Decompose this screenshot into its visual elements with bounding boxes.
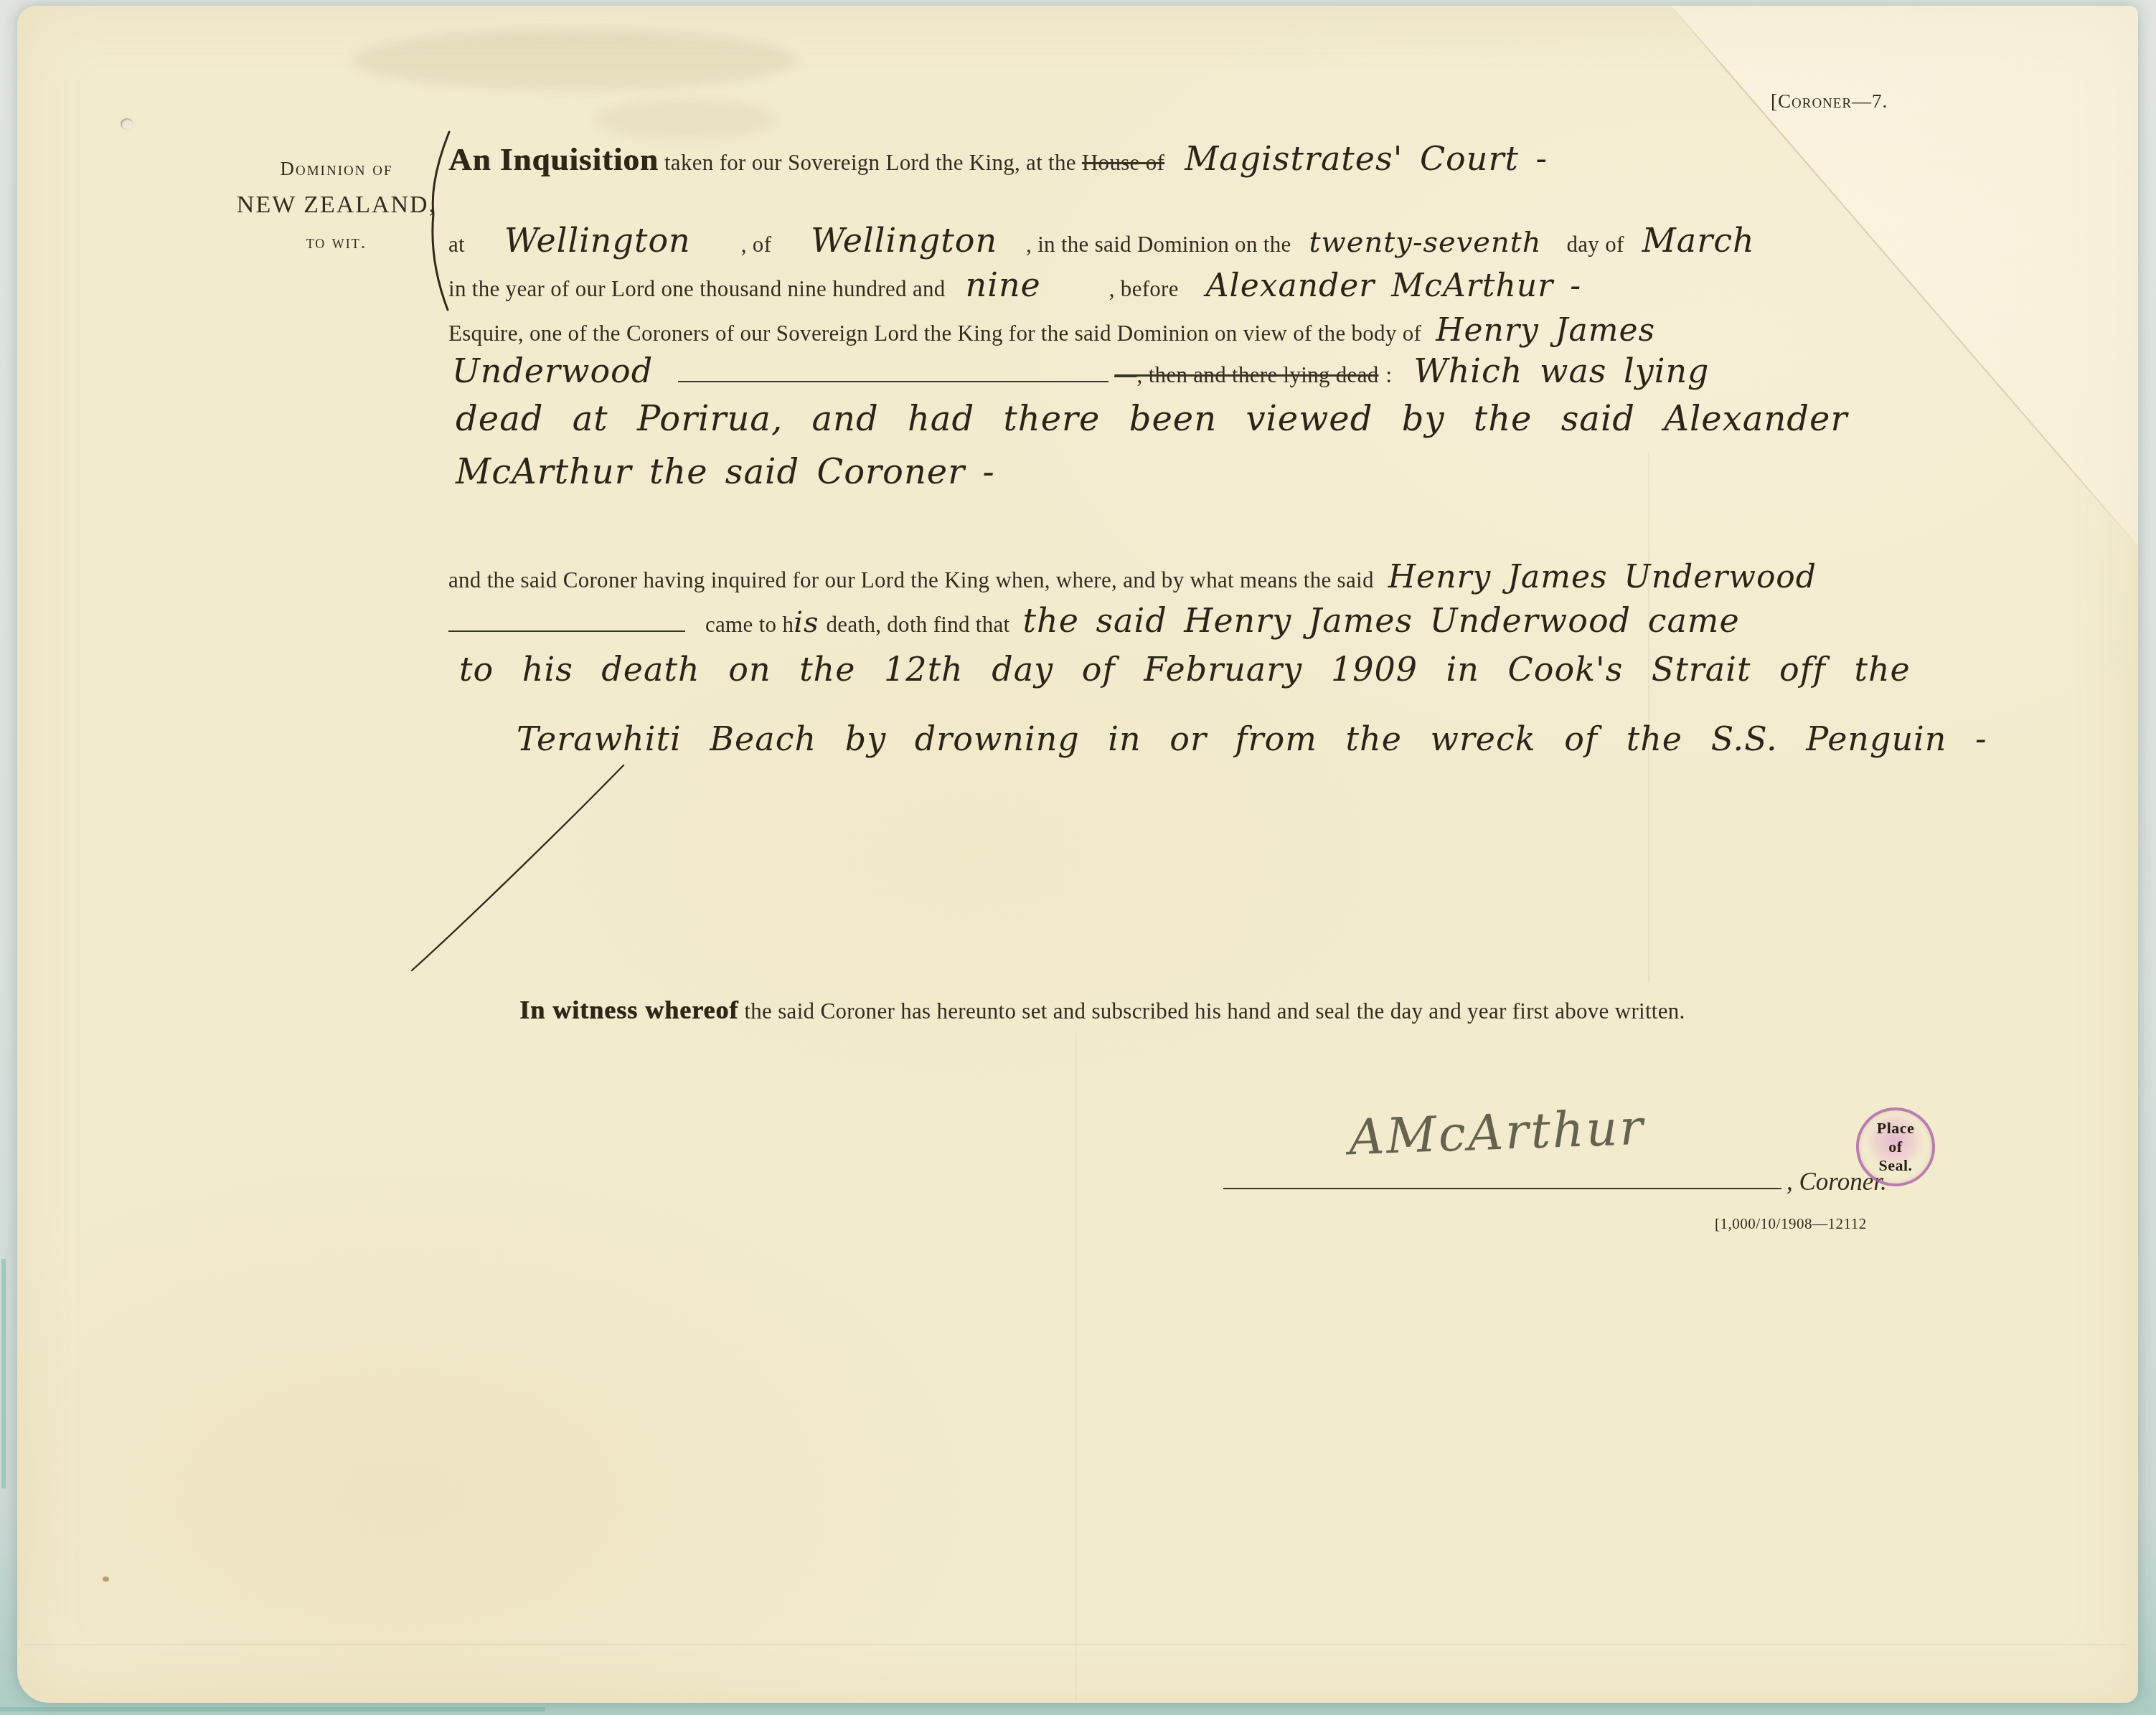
- hw-coroner-name: Alexander McArthur -: [1206, 268, 1581, 304]
- hw-line-dead-at-porirua: dead at Porirua, and had there been view…: [456, 400, 1847, 439]
- deceased-line: Underwood—, then and there lying dead:Wh…: [452, 353, 1710, 390]
- hw-town-wellington: Wellington: [504, 221, 691, 260]
- corner-fold: [17, 6, 2138, 1703]
- hw-is: is: [794, 606, 819, 639]
- place-of-seal-stamp: Place of Seal.: [1851, 1102, 1940, 1191]
- ink-bleedthrough: [596, 98, 775, 141]
- year-line: in the year of our Lord one thousand nin…: [448, 267, 1581, 304]
- inquiry-line-1: and the said Coroner having inquired for…: [448, 559, 1817, 595]
- struck-house-of: House of: [1082, 150, 1164, 175]
- stamp-line-1: Place: [1877, 1119, 1915, 1138]
- printed-before: , before: [1109, 276, 1179, 301]
- hw-underwood: Underwood: [452, 351, 653, 390]
- hw-henry-james: Henry James: [1436, 312, 1655, 349]
- printed-doth-find: death, doth find that: [827, 612, 1010, 637]
- gothic-an-inquisition: An Inquisition: [448, 141, 659, 177]
- hw-month-march: March: [1642, 221, 1755, 260]
- hw-henry-james-underwood: Henry James Underwood: [1388, 559, 1817, 595]
- printed-at: at: [448, 232, 465, 257]
- esquire-line: Esquire, one of the Coroners of our Sove…: [448, 313, 1655, 348]
- blank-rule: [448, 627, 685, 632]
- stamp-line-2: of: [1888, 1138, 1902, 1156]
- witness-line: In witness whereof the said Coroner has …: [519, 996, 1685, 1024]
- document-paper: [Coroner—7. Dominion of NEW ZEALAND, to …: [17, 6, 2138, 1703]
- coroner-signature: AMcArthur: [1348, 1100, 1646, 1166]
- printed-esquire: Esquire, one of the Coroners of our Sove…: [448, 321, 1421, 346]
- paper-speck: [103, 1577, 109, 1582]
- gothic-in-witness-whereof: In witness whereof: [519, 996, 738, 1024]
- ink-bleedthrough: [352, 30, 796, 90]
- scan-edge-artifact: [0, 1707, 545, 1711]
- printers-code: [1,000/10/1908—12112: [1715, 1215, 1867, 1233]
- vertical-crease: [1075, 1031, 1077, 1703]
- paper-hole: [121, 118, 133, 130]
- margin-label-towit: to wit.: [217, 232, 456, 253]
- hw-which-was-lying: Which was lying: [1413, 351, 1709, 390]
- stamp-text: Place of Seal.: [1856, 1107, 1935, 1186]
- printed-inquired: and the said Coroner having inquired for…: [448, 567, 1374, 592]
- hw-magistrates-court: Magistrates' Court -: [1185, 139, 1548, 178]
- hw-finding-3: Terawhiti Beach by drowning in or from t…: [517, 721, 1987, 758]
- printed-of: , of: [741, 232, 772, 257]
- printed-day-of: day of: [1567, 232, 1624, 257]
- inquiry-line-2: came to hisdeath, doth find thatthe said…: [448, 603, 1740, 640]
- hw-line-mcarthur-coroner: McArthur the said Coroner -: [456, 453, 995, 492]
- printed-colon: :: [1386, 362, 1393, 387]
- form-code-label: [Coroner—7.: [1771, 90, 1888, 113]
- signature-rule: [1223, 1188, 1781, 1189]
- hw-year-nine: nine: [966, 265, 1041, 304]
- hw-finding-2: to his death on the 12th day of February…: [459, 651, 1911, 689]
- hw-district-wellington: Wellington: [811, 221, 997, 260]
- opening-printed: taken for our Sovereign Lord the King, a…: [659, 150, 1082, 175]
- horizontal-crease: [24, 1644, 2127, 1645]
- hw-day-twentyseventh: twenty-seventh: [1309, 226, 1542, 259]
- margin-label: Dominion of NEW ZEALAND, to wit.: [217, 158, 456, 253]
- printed-came-to-h: came to h: [705, 612, 794, 637]
- place-date-line: atWellington, ofWellington, in the said …: [448, 222, 1755, 260]
- opening-line: An Inquisition taken for our Sovereign L…: [448, 141, 1548, 178]
- printed-witness: the said Coroner has hereunto set and su…: [738, 998, 1685, 1024]
- blank-rule: [678, 377, 1108, 382]
- margin-label-dominion: Dominion of: [217, 158, 456, 180]
- scanner-background: [Coroner—7. Dominion of NEW ZEALAND, to …: [0, 0, 2156, 1715]
- printed-year: in the year of our Lord one thousand nin…: [448, 276, 946, 301]
- stamp-line-3: Seal.: [1878, 1156, 1912, 1175]
- struck-lying-dead: —, then and there lying dead: [1114, 362, 1378, 387]
- vertical-crease: [1648, 452, 1649, 983]
- hw-finding-1: the said Henry James Underwood came: [1023, 601, 1740, 640]
- margin-label-country: NEW ZEALAND,: [217, 192, 456, 219]
- printed-dominion-on-the: , in the said Dominion on the: [1026, 232, 1291, 257]
- scan-edge-artifact: [1, 1259, 6, 1488]
